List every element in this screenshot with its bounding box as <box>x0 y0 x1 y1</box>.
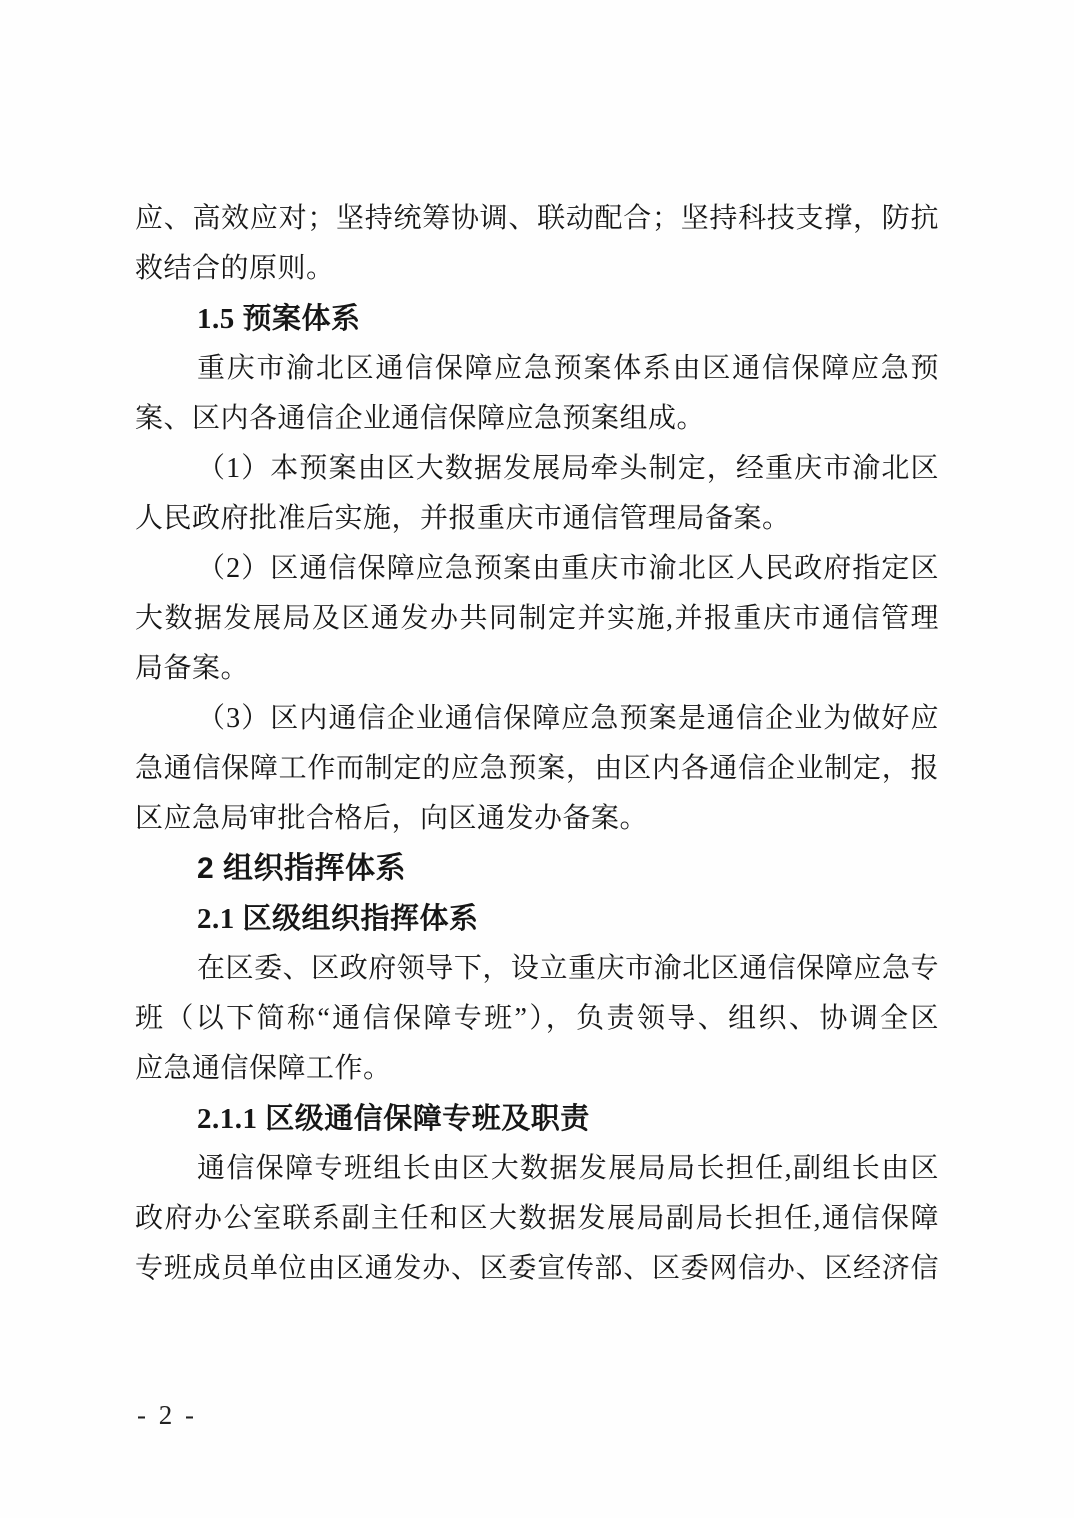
text-line: 应、高效应对；坚持统筹协调、联动配合；坚持科技支撑，防抗 <box>135 194 939 244</box>
text-line: （1）本预案由区大数据发展局牵头制定，经重庆市渝北区 <box>135 444 939 494</box>
text-line: 应急通信保障工作。 <box>135 1044 939 1094</box>
document-body: 应、高效应对；坚持统筹协调、联动配合；坚持科技支撑，防抗 救结合的原则。 1.5… <box>135 194 939 1294</box>
text-line: 救结合的原则。 <box>135 244 939 294</box>
text-line: 大数据发展局及区通发办共同制定并实施,并报重庆市通信管理 <box>135 594 939 644</box>
text-line: （3）区内通信企业通信保障应急预案是通信企业为做好应 <box>135 694 939 744</box>
text-line: 政府办公室联系副主任和区大数据发展局副局长担任,通信保障 <box>135 1194 939 1244</box>
text-line: 在区委、区政府领导下，设立重庆市渝北区通信保障应急专 <box>135 944 939 994</box>
text-line: 案、区内各通信企业通信保障应急预案组成。 <box>135 394 939 444</box>
section-heading: 2.1 区级组织指挥体系 <box>135 894 939 944</box>
section-heading: 1.5 预案体系 <box>135 294 939 344</box>
section-heading: 2 组织指挥体系 <box>135 844 939 894</box>
page-number: - 2 - <box>137 1397 197 1433</box>
text-line: 通信保障专班组长由区大数据发展局局长担任,副组长由区 <box>135 1144 939 1194</box>
document-page: 应、高效应对；坚持统筹协调、联动配合；坚持科技支撑，防抗 救结合的原则。 1.5… <box>0 0 1074 1518</box>
text-line: 人民政府批准后实施，并报重庆市通信管理局备案。 <box>135 494 939 544</box>
text-line: 局备案。 <box>135 644 939 694</box>
text-line: 班（以下简称“通信保障专班”），负责领导、组织、协调全区 <box>135 994 939 1044</box>
text-line: （2）区通信保障应急预案由重庆市渝北区人民政府指定区 <box>135 544 939 594</box>
text-line: 重庆市渝北区通信保障应急预案体系由区通信保障应急预 <box>135 344 939 394</box>
text-line: 区应急局审批合格后，向区通发办备案。 <box>135 794 939 844</box>
section-heading: 2.1.1 区级通信保障专班及职责 <box>135 1094 939 1144</box>
text-line: 专班成员单位由区通发办、区委宣传部、区委网信办、区经济信 <box>135 1244 939 1294</box>
text-line: 急通信保障工作而制定的应急预案，由区内各通信企业制定，报 <box>135 744 939 794</box>
